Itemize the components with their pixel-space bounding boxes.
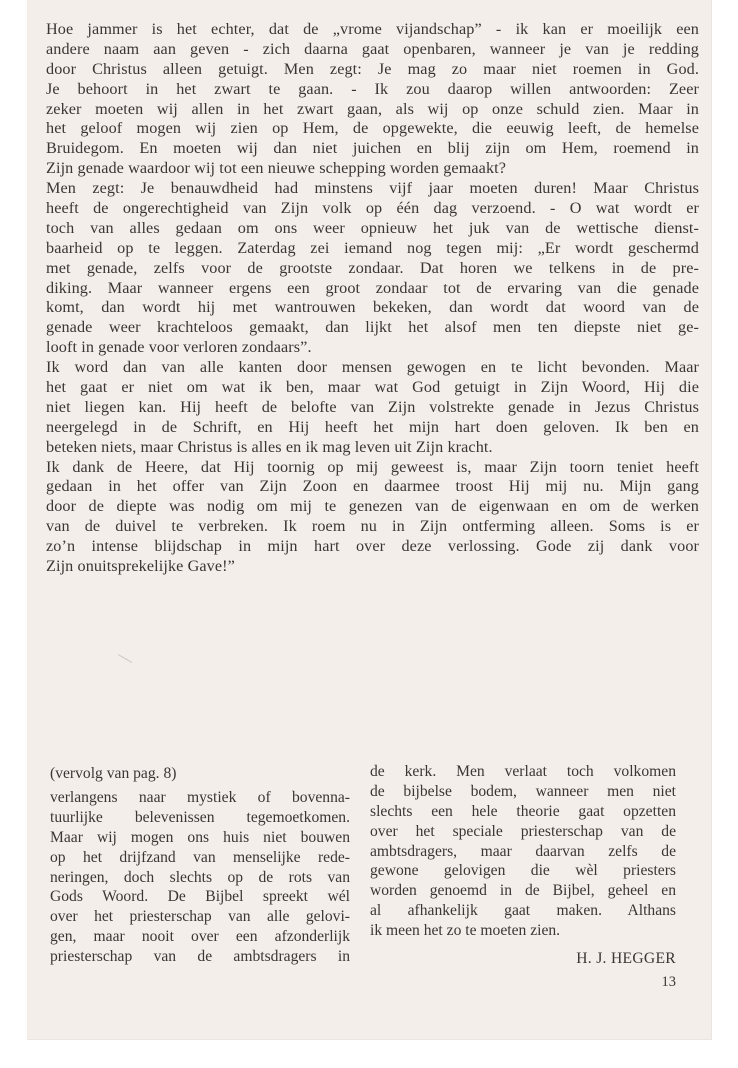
right-column: de kerk. Men verlaat toch volkomende bij… bbox=[370, 762, 676, 992]
right-column-text: de kerk. Men verlaat toch volkomende bij… bbox=[370, 762, 676, 941]
text-line: worden genoemd in de Bijbel, geheel en bbox=[370, 881, 676, 901]
page-number: 13 bbox=[370, 973, 676, 993]
text-line: baarheid op te leggen. Zaterdag zei iema… bbox=[46, 239, 699, 259]
text-line: genade weer krachteloos gemaakt, dan lij… bbox=[46, 318, 699, 338]
author-signature: H. J. HEGGER bbox=[370, 949, 676, 969]
text-line: diking. Maar wanneer ergens een groot zo… bbox=[46, 279, 699, 299]
text-line: op het drijfzand van menselijke rede- bbox=[50, 848, 350, 868]
text-line: looft in genade voor verloren zondaars”. bbox=[46, 338, 699, 358]
text-line: neergelegd in de Schrift, en Hij heeft h… bbox=[46, 418, 699, 438]
text-line: ambtsdragers, maar daarvan zelfs de bbox=[370, 842, 676, 862]
text-line: over het speciale priesterschap van de bbox=[370, 822, 676, 842]
text-line: Bruidegom. En moeten wij dan niet juiche… bbox=[46, 139, 699, 159]
text-line: Hoe jammer is het echter, dat de „vrome … bbox=[46, 20, 699, 40]
text-line: tuurlijke belevenissen tegemoetkomen. bbox=[50, 808, 350, 828]
text-line: niet liegen kan. Hij heeft de belofte va… bbox=[46, 398, 699, 418]
text-line: Maar wij mogen ons huis niet bouwen bbox=[50, 828, 350, 848]
text-line: door Christus alleen getuigt. Men zegt: … bbox=[46, 60, 699, 80]
text-line: al afhankelijk gaat maken. Althans bbox=[370, 901, 676, 921]
text-line: van de duivel te verbreken. Ik roem nu i… bbox=[46, 517, 699, 537]
paper-blemish bbox=[118, 654, 132, 663]
left-column-text: verlangens naar mystiek of bovenna-tuurl… bbox=[50, 788, 350, 967]
text-line: zeker moeten wij allen in het zwart gaan… bbox=[46, 100, 699, 120]
text-line: gen, maar nooit over een afzonderlijk bbox=[50, 927, 350, 947]
text-line: toch van alles gedaan om ons weer opnieu… bbox=[46, 219, 699, 239]
left-column: (vervolg van pag. 8) verlangens naar mys… bbox=[50, 788, 350, 967]
text-line: slechts een hele theorie gaat opzetten bbox=[370, 802, 676, 822]
text-line: Gods Woord. De Bijbel spreekt wél bbox=[50, 887, 350, 907]
text-line: Zijn genade waardoor wij tot een nieuwe … bbox=[46, 159, 699, 179]
text-line: priesterschap van de ambtsdragers in bbox=[50, 947, 350, 967]
text-line: over het priesterschap van alle gelovi- bbox=[50, 907, 350, 927]
text-line: andere naam aan geven - zich daarna gaat… bbox=[46, 40, 699, 60]
text-line: verlangens naar mystiek of bovenna- bbox=[50, 788, 350, 808]
text-line: zo’n intense blijdschap in mijn hart ove… bbox=[46, 537, 699, 557]
text-line: gedaan in het offer van Zijn Zoon en daa… bbox=[46, 477, 699, 497]
text-line: Zijn onuitsprekelijke Gave!” bbox=[46, 557, 699, 577]
text-line: het geloof mogen wij zien op Hem, de opg… bbox=[46, 119, 699, 139]
text-line: door de diepte was nodig om mij te genez… bbox=[46, 497, 699, 517]
text-line: het gaat er niet om wat ik ben, maar wat… bbox=[46, 378, 699, 398]
text-line: gewone gelovigen die wèl priesters bbox=[370, 861, 676, 881]
text-line: Ik dank de Heere, dat Hij toornig op mij… bbox=[46, 458, 699, 478]
text-line: neringen, doch slechts op de rots van bbox=[50, 868, 350, 888]
text-line: Je behoort in het zwart te gaan. - Ik zo… bbox=[46, 80, 699, 100]
main-text-block: Hoe jammer is het echter, dat de „vrome … bbox=[46, 20, 699, 577]
text-line: beteken niets, maar Christus is alles en… bbox=[46, 438, 699, 458]
text-line: Ik word dan van alle kanten door mensen … bbox=[46, 358, 699, 378]
text-line: ik meen het zo te moeten zien. bbox=[370, 921, 676, 941]
text-line: de kerk. Men verlaat toch volkomen bbox=[370, 762, 676, 782]
text-line: komt, dan wordt hij met wantrouwen bekek… bbox=[46, 298, 699, 318]
text-line: met genade, zelfs voor de grootste zonda… bbox=[46, 259, 699, 279]
text-line: de bijbelse bodem, wanneer men niet bbox=[370, 782, 676, 802]
text-line: heeft de ongerechtigheid van Zijn volk o… bbox=[46, 199, 699, 219]
continuation-note: (vervolg van pag. 8) bbox=[50, 764, 176, 784]
document-page: Hoe jammer is het echter, dat de „vrome … bbox=[27, 0, 712, 1040]
text-line: Men zegt: Je benauwdheid had minstens vi… bbox=[46, 179, 699, 199]
